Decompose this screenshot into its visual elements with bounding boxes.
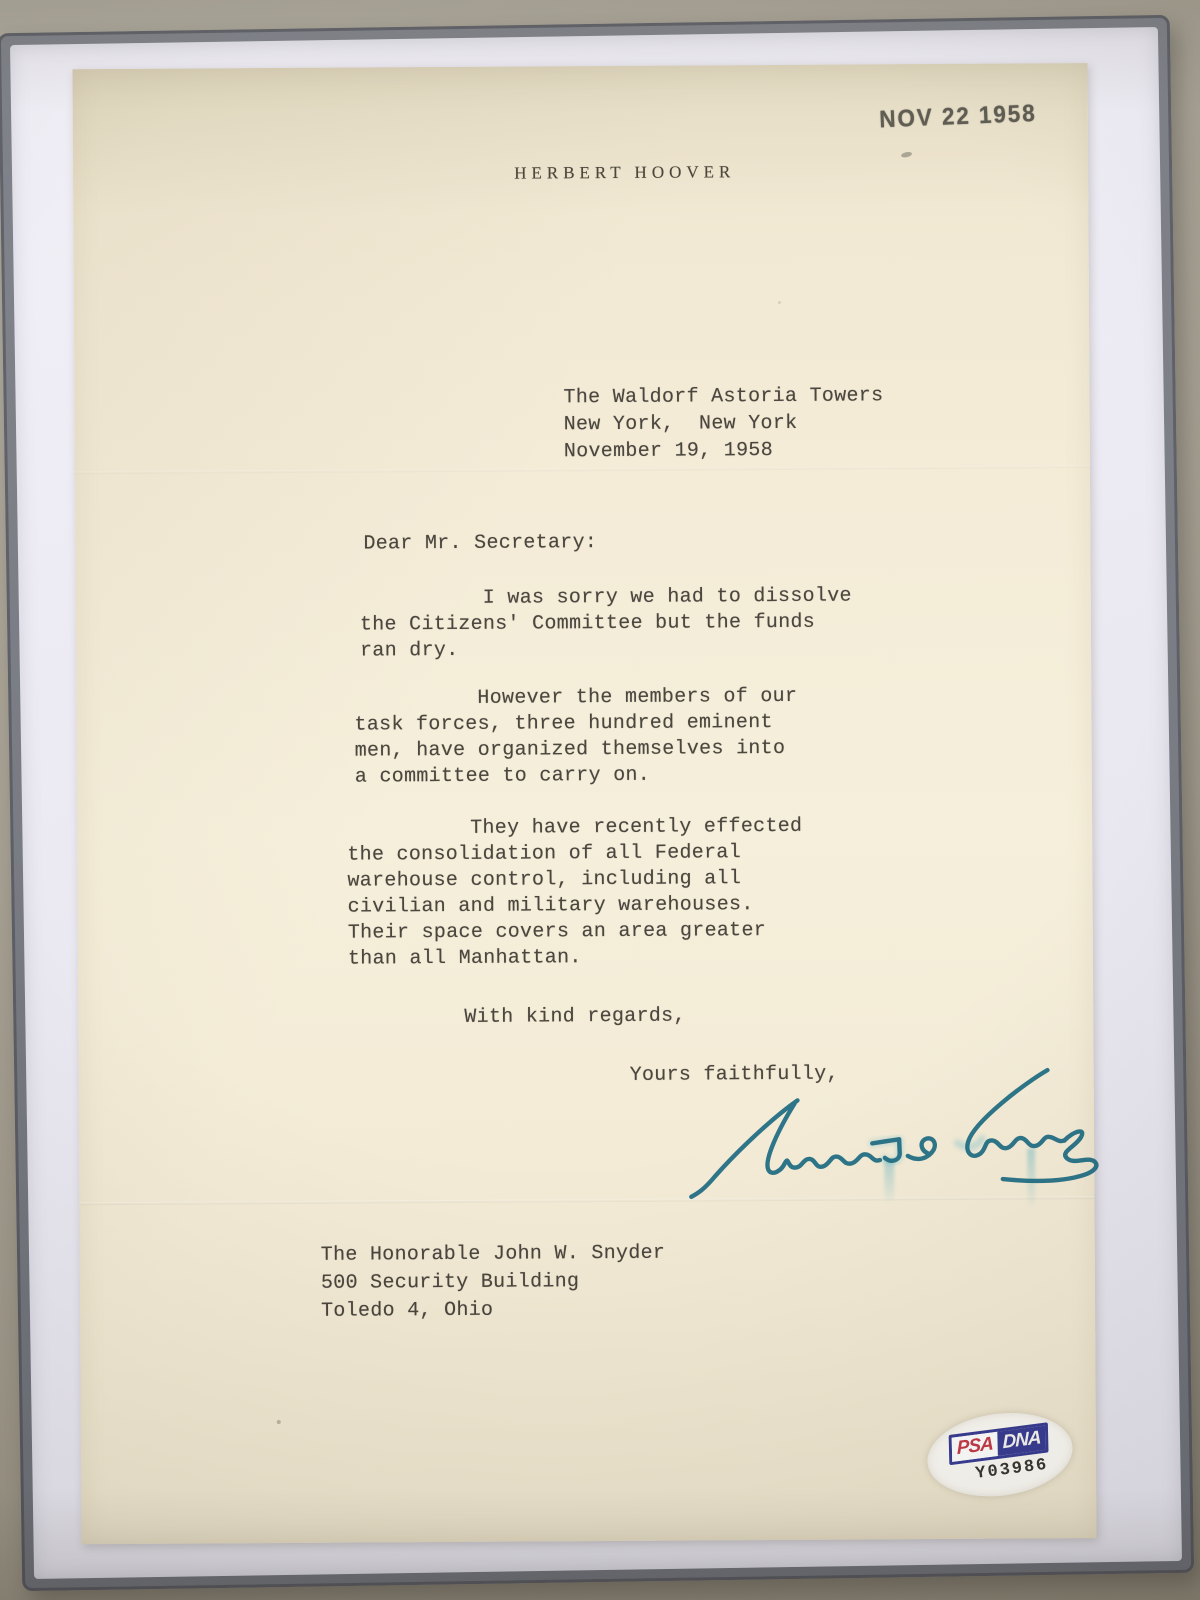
psa-dna-authentication-sticker: PSA DNA Y03986 <box>922 1405 1077 1505</box>
salutation: Dear Mr. Secretary: <box>363 530 597 557</box>
dna-logo-text: DNA <box>997 1426 1045 1456</box>
photo-background: NOV 22 1958 HERBERT HOOVER The Waldorf A… <box>0 0 1200 1600</box>
document-sleeve-frame: NOV 22 1958 HERBERT HOOVER The Waldorf A… <box>0 15 1194 1591</box>
herbert-hoover-signature <box>677 1063 1122 1211</box>
letter-paper: NOV 22 1958 HERBERT HOOVER The Waldorf A… <box>73 63 1097 1544</box>
psa-logo-text: PSA <box>952 1432 998 1462</box>
paper-fold-crease <box>75 465 1090 474</box>
backing-board: NOV 22 1958 HERBERT HOOVER The Waldorf A… <box>10 27 1182 1579</box>
recipient-address-block: The Honorable John W. Snyder500 Security… <box>321 1240 666 1326</box>
paragraph-3: They have recently effectedthe consolida… <box>347 814 803 973</box>
paragraph-1: I was sorry we had to dissolvethe Citize… <box>360 584 853 665</box>
paper-speck <box>277 1420 281 1424</box>
paper-speck <box>778 301 781 304</box>
received-date-stamp: NOV 22 1958 <box>879 100 1037 134</box>
paragraph-2: However the members of ourtask forces, t… <box>354 684 798 791</box>
sender-address-block: The Waldorf Astoria TowersNew York, New … <box>563 382 883 465</box>
signature-stroke <box>907 1138 935 1159</box>
signature-stroke <box>688 1100 802 1196</box>
letterhead-name: HERBERT HOOVER <box>514 162 735 183</box>
regards-line: With kind regards, <box>464 1004 686 1031</box>
stamp-ink-mark <box>901 151 913 158</box>
